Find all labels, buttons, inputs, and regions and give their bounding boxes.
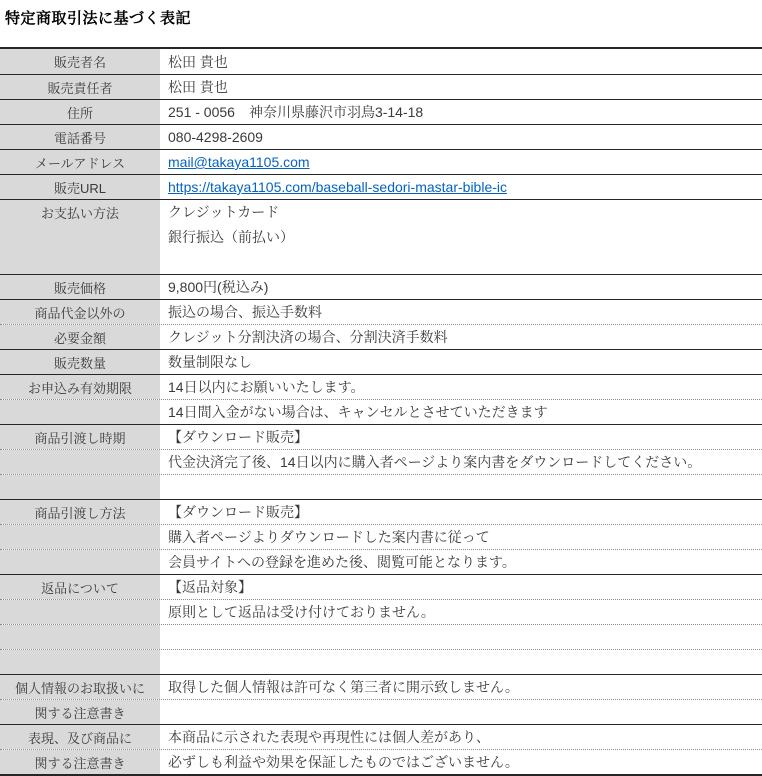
row-label [0, 525, 160, 549]
row-label: 返品について [0, 575, 160, 599]
commercial-transaction-table: 販売者名松田 貴也販売責任者松田 貴也住所251 - 0056 神奈川県藤沢市羽… [0, 47, 762, 776]
table-row: 販売者名松田 貴也 [0, 49, 762, 74]
table-row: 個人情報のお取扱いに取得した個人情報は許可なく第三者に開示致しません。 [0, 674, 762, 699]
row-value: 購入者ページよりダウンロードした案内書に従って [160, 525, 762, 549]
table-row: 会員サイトへの登録を進めた後、閲覧可能となります。 [0, 549, 762, 574]
table-row: 販売価格9,800円(税込み) [0, 274, 762, 299]
row-value: 原則として返品は受け付けておりません。 [160, 600, 762, 624]
table-row: お申込み有効期限14日以内にお願いいたします。 [0, 374, 762, 399]
row-value: 代金決済完了後、14日以内に購入者ページより案内書をダウンロードしてください。 [160, 450, 762, 474]
row-label [0, 650, 160, 674]
row-label [0, 600, 160, 624]
row-value: 取得した個人情報は許可なく第三者に開示致しません。 [160, 675, 762, 699]
table-row: 商品引渡し方法【ダウンロード販売】 [0, 499, 762, 524]
row-label [0, 400, 160, 424]
row-value: 銀行振込（前払い） [160, 224, 762, 249]
row-label [0, 224, 160, 249]
row-value [160, 700, 762, 724]
email-link[interactable]: mail@takaya1105.com [168, 154, 310, 170]
row-label: 販売価格 [0, 275, 160, 299]
row-value: 9,800円(税込み) [160, 275, 762, 299]
table-row: 販売URLhttps://takaya1105.com/baseball-sed… [0, 174, 762, 199]
row-value: 会員サイトへの登録を進めた後、閲覧可能となります。 [160, 550, 762, 574]
row-label: 販売者名 [0, 49, 160, 74]
row-label: 販売URL [0, 175, 160, 199]
row-label: メールアドレス [0, 150, 160, 174]
table-row: 販売数量数量制限なし [0, 349, 762, 374]
row-label [0, 625, 160, 649]
page-title: 特定商取引法に基づく表記 [0, 0, 762, 47]
table-row: 表現、及び商品に本商品に示された表現や再現性には個人差があり、 [0, 724, 762, 749]
row-label [0, 475, 160, 499]
row-value: 【ダウンロード販売】 [160, 425, 762, 449]
row-value: 【返品対象】 [160, 575, 762, 599]
row-label [0, 550, 160, 574]
table-row [0, 624, 762, 649]
row-value [160, 249, 762, 274]
table-row: 代金決済完了後、14日以内に購入者ページより案内書をダウンロードしてください。 [0, 449, 762, 474]
row-value: mail@takaya1105.com [160, 150, 762, 174]
row-label: 必要金額 [0, 325, 160, 349]
row-label: 商品代金以外の [0, 300, 160, 324]
row-value: 数量制限なし [160, 350, 762, 374]
table-row: 電話番号080-4298-2609 [0, 124, 762, 149]
row-label: 関する注意書き [0, 700, 160, 724]
row-value: 【ダウンロード販売】 [160, 500, 762, 524]
table-row: メールアドレスmail@takaya1105.com [0, 149, 762, 174]
table-row: 購入者ページよりダウンロードした案内書に従って [0, 524, 762, 549]
row-value: クレジットカード [160, 200, 762, 224]
row-value: 251 - 0056 神奈川県藤沢市羽鳥3-14-18 [160, 100, 762, 124]
row-value: 松田 貴也 [160, 75, 762, 99]
row-label: 商品引渡し時期 [0, 425, 160, 449]
row-label: 電話番号 [0, 125, 160, 149]
row-label [0, 249, 160, 274]
row-label [0, 450, 160, 474]
table-row [0, 649, 762, 674]
row-value [160, 625, 762, 649]
table-row [0, 474, 762, 499]
row-label: 住所 [0, 100, 160, 124]
row-label: お申込み有効期限 [0, 375, 160, 399]
row-label: 関する注意書き [0, 750, 160, 774]
row-label: 販売数量 [0, 350, 160, 374]
sales-url-link[interactable]: https://takaya1105.com/baseball-sedori-m… [168, 179, 507, 195]
row-label: 個人情報のお取扱いに [0, 675, 160, 699]
row-value: 14日以内にお願いいたします。 [160, 375, 762, 399]
table-row: 関する注意書き [0, 699, 762, 724]
table-row: 14日間入金がない場合は、キャンセルとさせていただきます [0, 399, 762, 424]
table-row: 住所251 - 0056 神奈川県藤沢市羽鳥3-14-18 [0, 99, 762, 124]
table-row: 商品引渡し時期【ダウンロード販売】 [0, 424, 762, 449]
row-label: 販売責任者 [0, 75, 160, 99]
table-row: お支払い方法クレジットカード [0, 199, 762, 224]
table-row: 関する注意書き必ずしも利益や効果を保証したものではございません。 [0, 749, 762, 774]
table-row: 必要金額クレジット分割決済の場合、分割決済手数料 [0, 324, 762, 349]
row-label: 表現、及び商品に [0, 725, 160, 749]
row-label: 商品引渡し方法 [0, 500, 160, 524]
table-row: 販売責任者松田 貴也 [0, 74, 762, 99]
row-value: 振込の場合、振込手数料 [160, 300, 762, 324]
row-value: 必ずしも利益や効果を保証したものではございません。 [160, 750, 762, 774]
row-value: 080-4298-2609 [160, 125, 762, 149]
table-row: 銀行振込（前払い） [0, 224, 762, 249]
row-value: クレジット分割決済の場合、分割決済手数料 [160, 325, 762, 349]
row-value [160, 475, 762, 499]
row-value: 本商品に示された表現や再現性には個人差があり、 [160, 725, 762, 749]
table-row: 返品について【返品対象】 [0, 574, 762, 599]
table-row: 原則として返品は受け付けておりません。 [0, 599, 762, 624]
table-row [0, 249, 762, 274]
row-value [160, 650, 762, 674]
table-row: 商品代金以外の振込の場合、振込手数料 [0, 299, 762, 324]
row-label: お支払い方法 [0, 200, 160, 224]
row-value: 松田 貴也 [160, 49, 762, 74]
row-value: 14日間入金がない場合は、キャンセルとさせていただきます [160, 400, 762, 424]
row-value: https://takaya1105.com/baseball-sedori-m… [160, 175, 762, 199]
